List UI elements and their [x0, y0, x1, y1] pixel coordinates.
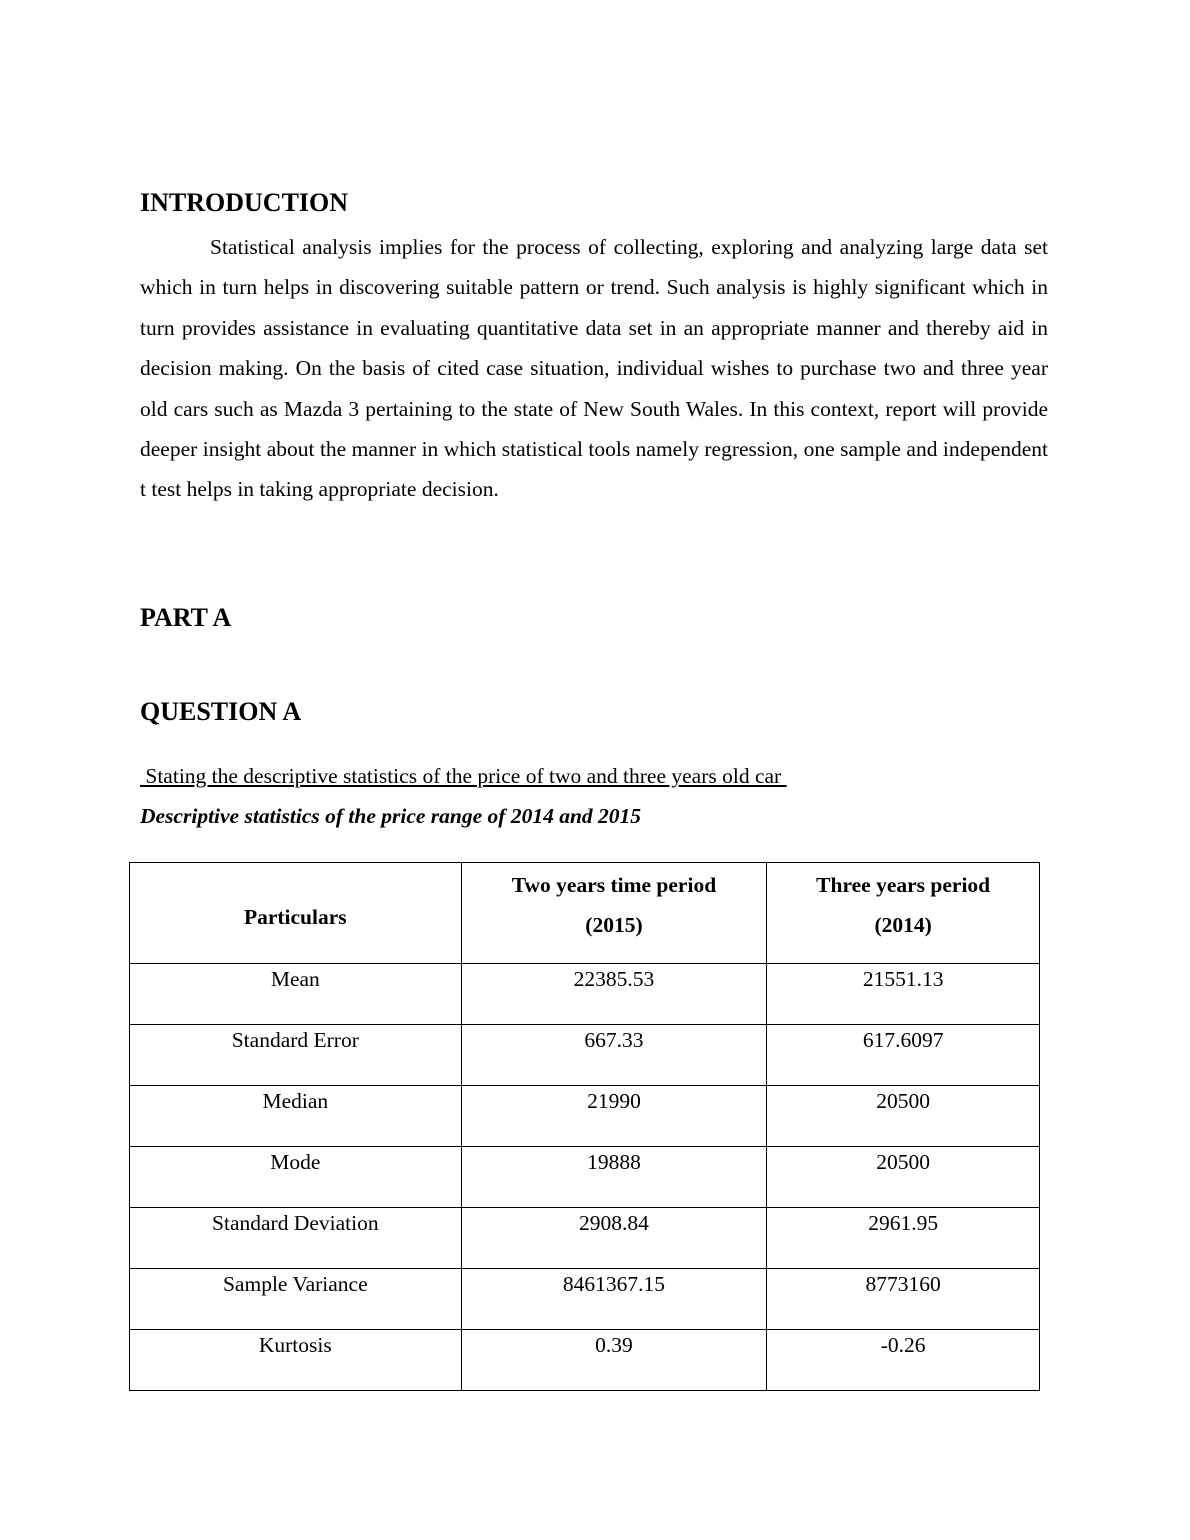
table-row: Standard Error 667.33 617.6097 [130, 1025, 1040, 1086]
header-two-years: Two years time period (2015) [461, 863, 767, 964]
row-label: Kurtosis [130, 1330, 462, 1391]
table-row: Mode 19888 20500 [130, 1147, 1040, 1208]
introduction-heading: INTRODUCTION [140, 188, 348, 218]
row-label: Mode [130, 1147, 462, 1208]
row-two-years-value: 8461367.15 [461, 1269, 767, 1330]
table-row: Median 21990 20500 [130, 1086, 1040, 1147]
part-a-heading: PART A [140, 603, 231, 633]
row-two-years-value: 19888 [461, 1147, 767, 1208]
row-three-years-value: 2961.95 [767, 1208, 1040, 1269]
table-row: Mean 22385.53 21551.13 [130, 964, 1040, 1025]
header-two-years-line2: (2015) [462, 905, 767, 945]
header-three-years: Three years period (2014) [767, 863, 1040, 964]
row-three-years-value: 8773160 [767, 1269, 1040, 1330]
table-row: Sample Variance 8461367.15 8773160 [130, 1269, 1040, 1330]
row-two-years-value: 22385.53 [461, 964, 767, 1025]
row-label: Standard Deviation [130, 1208, 462, 1269]
row-three-years-value: 21551.13 [767, 964, 1040, 1025]
header-particulars-label: Particulars [130, 863, 461, 929]
introduction-paragraph: Statistical analysis implies for the pro… [140, 227, 1048, 510]
question-a-subheading: Stating the descriptive statistics of th… [140, 762, 787, 790]
row-label: Median [130, 1086, 462, 1147]
row-two-years-value: 0.39 [461, 1330, 767, 1391]
table-header-row: Particulars Two years time period (2015)… [130, 863, 1040, 964]
question-a-heading: QUESTION A [140, 697, 301, 727]
row-two-years-value: 667.33 [461, 1025, 767, 1086]
row-label: Mean [130, 964, 462, 1025]
table-row: Standard Deviation 2908.84 2961.95 [130, 1208, 1040, 1269]
table-caption: Descriptive statistics of the price rang… [140, 802, 641, 830]
descriptive-statistics-table: Particulars Two years time period (2015)… [129, 862, 1040, 1391]
header-three-years-line1: Three years period [767, 863, 1039, 905]
row-two-years-value: 21990 [461, 1086, 767, 1147]
row-two-years-value: 2908.84 [461, 1208, 767, 1269]
row-three-years-value: -0.26 [767, 1330, 1040, 1391]
row-three-years-value: 20500 [767, 1147, 1040, 1208]
header-two-years-line1: Two years time period [462, 863, 767, 905]
row-label: Sample Variance [130, 1269, 462, 1330]
header-particulars: Particulars [130, 863, 462, 964]
header-three-years-line2: (2014) [767, 905, 1039, 945]
table-row: Kurtosis 0.39 -0.26 [130, 1330, 1040, 1391]
row-three-years-value: 20500 [767, 1086, 1040, 1147]
row-label: Standard Error [130, 1025, 462, 1086]
row-three-years-value: 617.6097 [767, 1025, 1040, 1086]
